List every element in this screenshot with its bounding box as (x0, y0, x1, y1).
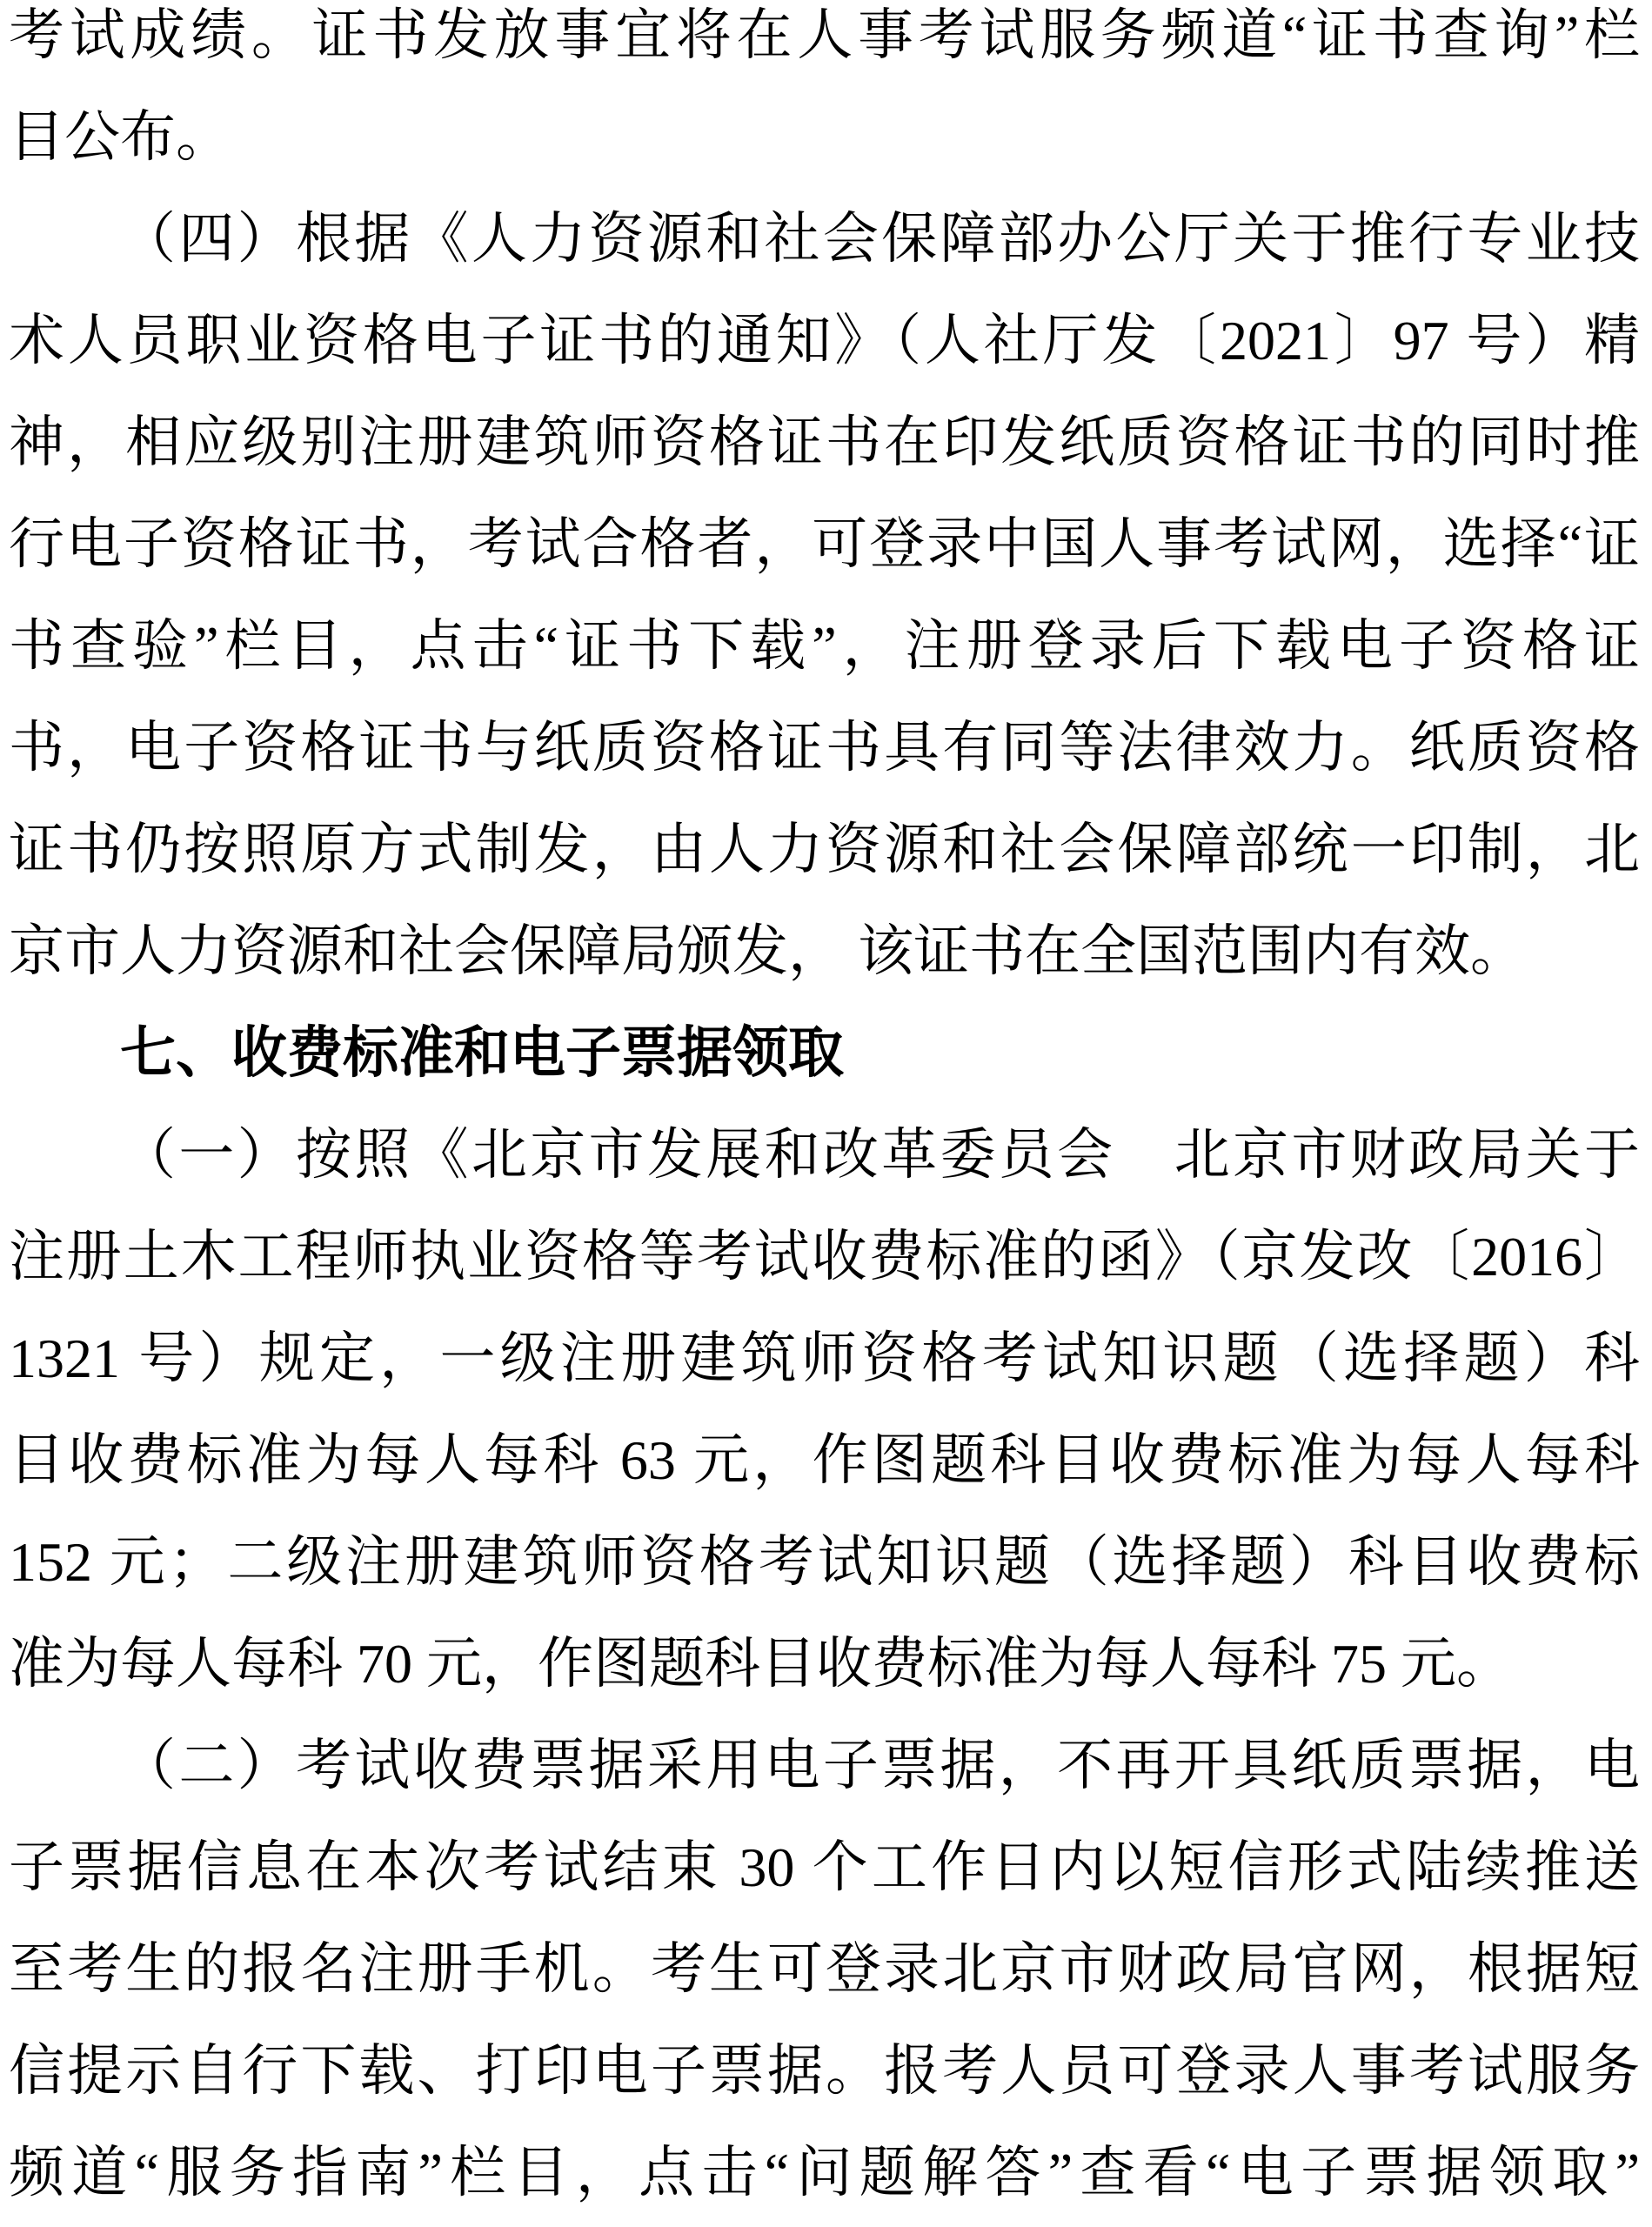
doc-line: 152 元；二级注册建筑师资格考试知识题（选择题）科目收费标 (9, 1511, 1640, 1613)
section-heading: 七、收费标准和电子票据领取 (9, 1002, 1640, 1104)
doc-line: 至考生的报名注册手机。考生可登录北京市财政局官网，根据短 (9, 1918, 1640, 2020)
doc-line: （二）考试收费票据采用电子票据，不再开具纸质票据，电 (9, 1715, 1640, 1816)
doc-line: 目公布。 (9, 86, 1640, 188)
doc-line: 行电子资格证书，考试合格者，可登录中国人事考试网，选择“证 (9, 493, 1640, 595)
doc-line: 注册土木工程师执业资格等考试收费标准的函》（京发改〔2016〕 (9, 1206, 1640, 1307)
doc-line: 目收费标准为每人每科 63 元，作图题科目收费标准为每人每科 (9, 1409, 1640, 1511)
doc-line: 术人员职业资格电子证书的通知》（人社厅发〔2021〕97 号）精 (9, 290, 1640, 391)
doc-line: 信提示自行下载、打印电子票据。报考人员可登录人事考试服务 (9, 2020, 1640, 2122)
doc-line: 书查验”栏目，点击“证书下载”，注册登录后下载电子资格证 (9, 595, 1640, 697)
doc-line: （一）按照《北京市发展和改革委员会 北京市财政局关于 (9, 1104, 1640, 1206)
doc-line: 准为每人每科 70 元，作图题科目收费标准为每人每科 75 元。 (9, 1613, 1640, 1715)
doc-line: 频道“服务指南”栏目，点击“问题解答”查看“电子票据领取” (9, 2122, 1640, 2224)
doc-line: 考试成绩。证书发放事宜将在人事考试服务频道“证书查询”栏 (9, 0, 1640, 86)
doc-line: 证书仍按照原方式制发，由人力资源和社会保障部统一印制，北 (9, 799, 1640, 900)
doc-line: （四）根据《人力资源和社会保障部办公厅关于推行专业技 (9, 188, 1640, 290)
doc-line: 书，电子资格证书与纸质资格证书具有同等法律效力。纸质资格 (9, 697, 1640, 799)
doc-line: 子票据信息在本次考试结束 30 个工作日内以短信形式陆续推送 (9, 1816, 1640, 1918)
doc-line: 1321 号）规定，一级注册建筑师资格考试知识题（选择题）科 (9, 1307, 1640, 1409)
document-page: 考试成绩。证书发放事宜将在人事考试服务频道“证书查询”栏 目公布。 （四）根据《… (0, 0, 1652, 2224)
doc-line: 神，相应级别注册建筑师资格证书在印发纸质资格证书的同时推 (9, 391, 1640, 493)
doc-line: 京市人力资源和社会保障局颁发， 该证书在全国范围内有效。 (9, 900, 1640, 1002)
